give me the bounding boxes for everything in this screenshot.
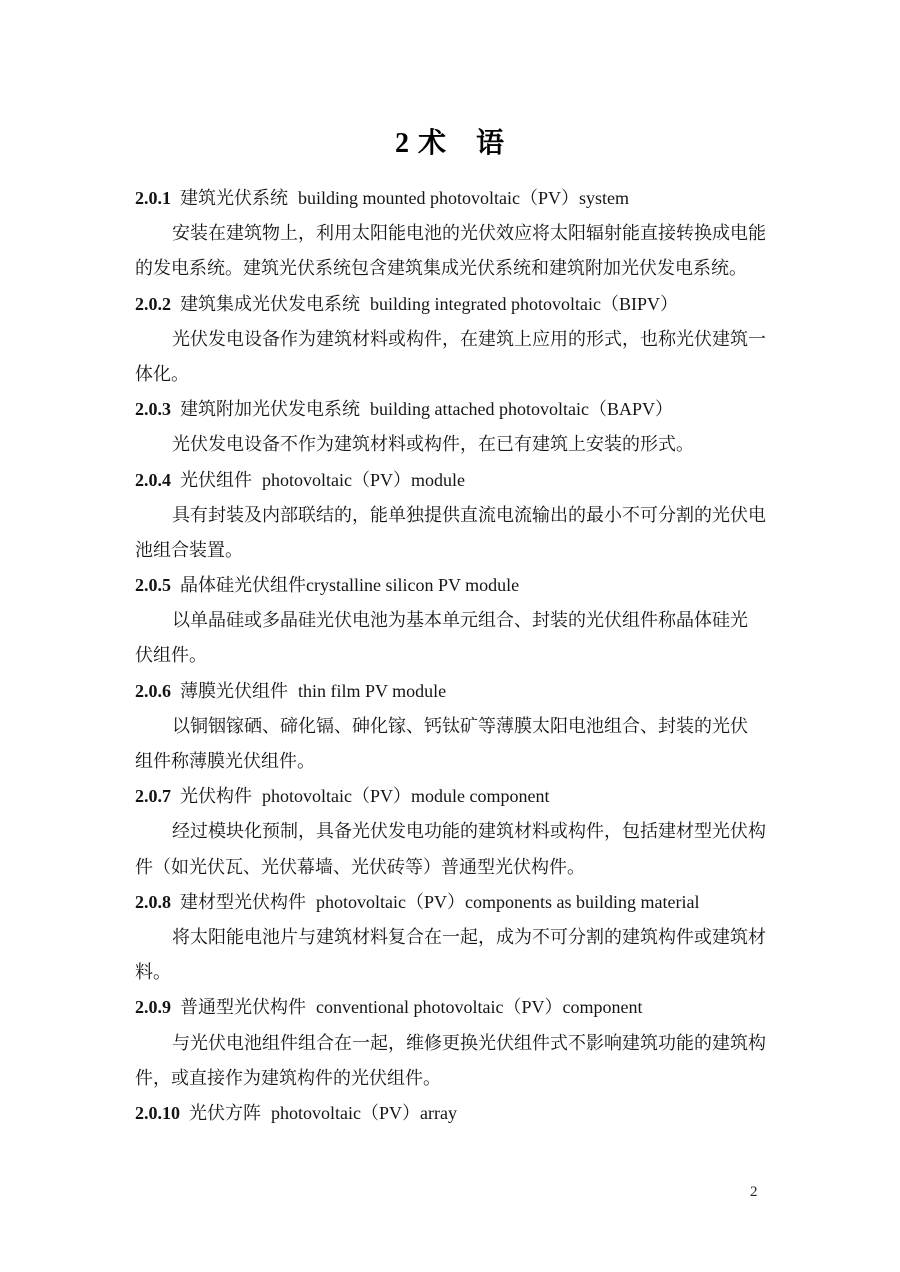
- term-name-en: conventional photovoltaic（PV）component: [316, 997, 642, 1017]
- term-definition: 具有封装及内部联结的，能单独提供直流电流输出的最小不可分割的光伏电池组合装置。: [135, 498, 765, 568]
- term-name-zh: 薄膜光伏组件: [180, 681, 288, 701]
- term-number: 2.0.2: [135, 294, 171, 314]
- term-name-zh: 晶体硅光伏组件: [180, 575, 306, 595]
- definition-line: 光伏发电设备不作为建筑材料或构件，在已有建筑上安装的形式。: [135, 427, 765, 462]
- page-title: 2 术 语: [135, 0, 765, 163]
- term-name-zh: 建材型光伏构件: [180, 892, 306, 912]
- term-name-en: crystalline silicon PV module: [306, 575, 519, 595]
- term-number: 2.0.1: [135, 188, 171, 208]
- definition-line: 光伏发电设备作为建筑材料或构件，在建筑上应用的形式，也称光伏建筑一: [135, 322, 765, 357]
- term-heading: 2.0.9普通型光伏构件conventional photovoltaic（PV…: [135, 990, 765, 1025]
- term-number: 2.0.8: [135, 892, 171, 912]
- term-name-zh: 光伏组件: [180, 470, 252, 490]
- term-definition: 与光伏电池组件组合在一起，维修更换光伏组件式不影响建筑功能的建筑构件，或直接作为…: [135, 1026, 765, 1096]
- term-name-en: building mounted photovoltaic（PV）system: [298, 188, 629, 208]
- term-name-en: photovoltaic（PV）module: [262, 470, 465, 490]
- term-heading: 2.0.10光伏方阵photovoltaic（PV）array: [135, 1096, 765, 1131]
- term-name-en: photovoltaic（PV）module component: [262, 786, 549, 806]
- definition-line: 件，或直接作为建筑构件的光伏组件。: [135, 1061, 765, 1096]
- term-heading: 2.0.7光伏构件photovoltaic（PV）module componen…: [135, 779, 765, 814]
- term-definition: 光伏发电设备不作为建筑材料或构件，在已有建筑上安装的形式。: [135, 427, 765, 462]
- term-entry: 2.0.8建材型光伏构件photovoltaic（PV）components a…: [135, 885, 765, 991]
- term-definition: 将太阳能电池片与建筑材料复合在一起，成为不可分割的建筑构件或建筑材料。: [135, 920, 765, 990]
- term-heading: 2.0.4光伏组件photovoltaic（PV）module: [135, 463, 765, 498]
- term-name-zh: 建筑附加光伏发电系统: [180, 399, 360, 419]
- term-number: 2.0.6: [135, 681, 171, 701]
- term-number: 2.0.10: [135, 1103, 180, 1123]
- definition-line: 以单晶硅或多晶硅光伏电池为基本单元组合、封装的光伏组件称晶体硅光: [135, 603, 765, 638]
- definition-line: 经过模块化预制，具备光伏发电功能的建筑材料或构件，包括建材型光伏构: [135, 814, 765, 849]
- term-entry: 2.0.9普通型光伏构件conventional photovoltaic（PV…: [135, 990, 765, 1096]
- definition-line: 具有封装及内部联结的，能单独提供直流电流输出的最小不可分割的光伏电: [135, 498, 765, 533]
- term-definition: 光伏发电设备作为建筑材料或构件，在建筑上应用的形式，也称光伏建筑一体化。: [135, 322, 765, 392]
- term-entry: 2.0.10光伏方阵photovoltaic（PV）array: [135, 1096, 765, 1131]
- term-number: 2.0.9: [135, 997, 171, 1017]
- term-entry: 2.0.4光伏组件photovoltaic（PV）module 具有封装及内部联…: [135, 463, 765, 569]
- term-heading: 2.0.1建筑光伏系统building mounted photovoltaic…: [135, 181, 765, 216]
- definition-line: 池组合装置。: [135, 533, 765, 568]
- term-definition: 以铜铟镓硒、碲化镉、砷化镓、钙钛矿等薄膜太阳电池组合、封装的光伏组件称薄膜光伏组…: [135, 709, 765, 779]
- term-definition: 以单晶硅或多晶硅光伏电池为基本单元组合、封装的光伏组件称晶体硅光伏组件。: [135, 603, 765, 673]
- definition-line: 料。: [135, 955, 765, 990]
- term-name-zh: 建筑光伏系统: [180, 188, 288, 208]
- definition-line: 伏组件。: [135, 638, 765, 673]
- term-name-zh: 建筑集成光伏发电系统: [180, 294, 360, 314]
- terms-list: 2.0.1建筑光伏系统building mounted photovoltaic…: [135, 181, 765, 1131]
- term-entry: 2.0.5晶体硅光伏组件crystalline silicon PV modul…: [135, 568, 765, 674]
- term-entry: 2.0.6薄膜光伏组件thin film PV module 以铜铟镓硒、碲化镉…: [135, 674, 765, 780]
- definition-line: 件（如光伏瓦、光伏幕墙、光伏砖等）普通型光伏构件。: [135, 850, 765, 885]
- document-page: 2 术 语 2.0.1建筑光伏系统building mounted photov…: [0, 0, 900, 1272]
- definition-line: 组件称薄膜光伏组件。: [135, 744, 765, 779]
- term-entry: 2.0.1建筑光伏系统building mounted photovoltaic…: [135, 181, 765, 287]
- term-entry: 2.0.3建筑附加光伏发电系统building attached photovo…: [135, 392, 765, 462]
- term-entry: 2.0.2建筑集成光伏发电系统building integrated photo…: [135, 287, 765, 393]
- term-name-zh: 光伏构件: [180, 786, 252, 806]
- term-heading: 2.0.5晶体硅光伏组件crystalline silicon PV modul…: [135, 568, 765, 603]
- definition-line: 的发电系统。建筑光伏系统包含建筑集成光伏系统和建筑附加光伏发电系统。: [135, 251, 765, 286]
- term-name-zh: 光伏方阵: [189, 1103, 261, 1123]
- term-entry: 2.0.7光伏构件photovoltaic（PV）module componen…: [135, 779, 765, 885]
- term-definition: 经过模块化预制，具备光伏发电功能的建筑材料或构件，包括建材型光伏构件（如光伏瓦、…: [135, 814, 765, 884]
- definition-line: 安装在建筑物上，利用太阳能电池的光伏效应将太阳辐射能直接转换成电能: [135, 216, 765, 251]
- term-number: 2.0.7: [135, 786, 171, 806]
- term-name-en: photovoltaic（PV）array: [271, 1103, 457, 1123]
- page-number: 2: [750, 1182, 758, 1202]
- term-heading: 2.0.6薄膜光伏组件thin film PV module: [135, 674, 765, 709]
- term-name-en: photovoltaic（PV）components as building m…: [316, 892, 699, 912]
- term-number: 2.0.4: [135, 470, 171, 490]
- term-name-zh: 普通型光伏构件: [180, 997, 306, 1017]
- term-name-en: building integrated photovoltaic（BIPV）: [370, 294, 678, 314]
- page-content: 2 术 语 2.0.1建筑光伏系统building mounted photov…: [135, 0, 765, 1131]
- term-number: 2.0.5: [135, 575, 171, 595]
- term-heading: 2.0.2建筑集成光伏发电系统building integrated photo…: [135, 287, 765, 322]
- term-definition: 安装在建筑物上，利用太阳能电池的光伏效应将太阳辐射能直接转换成电能的发电系统。建…: [135, 216, 765, 286]
- term-name-en: thin film PV module: [298, 681, 446, 701]
- definition-line: 体化。: [135, 357, 765, 392]
- definition-line: 与光伏电池组件组合在一起，维修更换光伏组件式不影响建筑功能的建筑构: [135, 1026, 765, 1061]
- definition-line: 以铜铟镓硒、碲化镉、砷化镓、钙钛矿等薄膜太阳电池组合、封装的光伏: [135, 709, 765, 744]
- term-heading: 2.0.3建筑附加光伏发电系统building attached photovo…: [135, 392, 765, 427]
- term-heading: 2.0.8建材型光伏构件photovoltaic（PV）components a…: [135, 885, 765, 920]
- term-number: 2.0.3: [135, 399, 171, 419]
- definition-line: 将太阳能电池片与建筑材料复合在一起，成为不可分割的建筑构件或建筑材: [135, 920, 765, 955]
- term-name-en: building attached photovoltaic（BAPV）: [370, 399, 673, 419]
